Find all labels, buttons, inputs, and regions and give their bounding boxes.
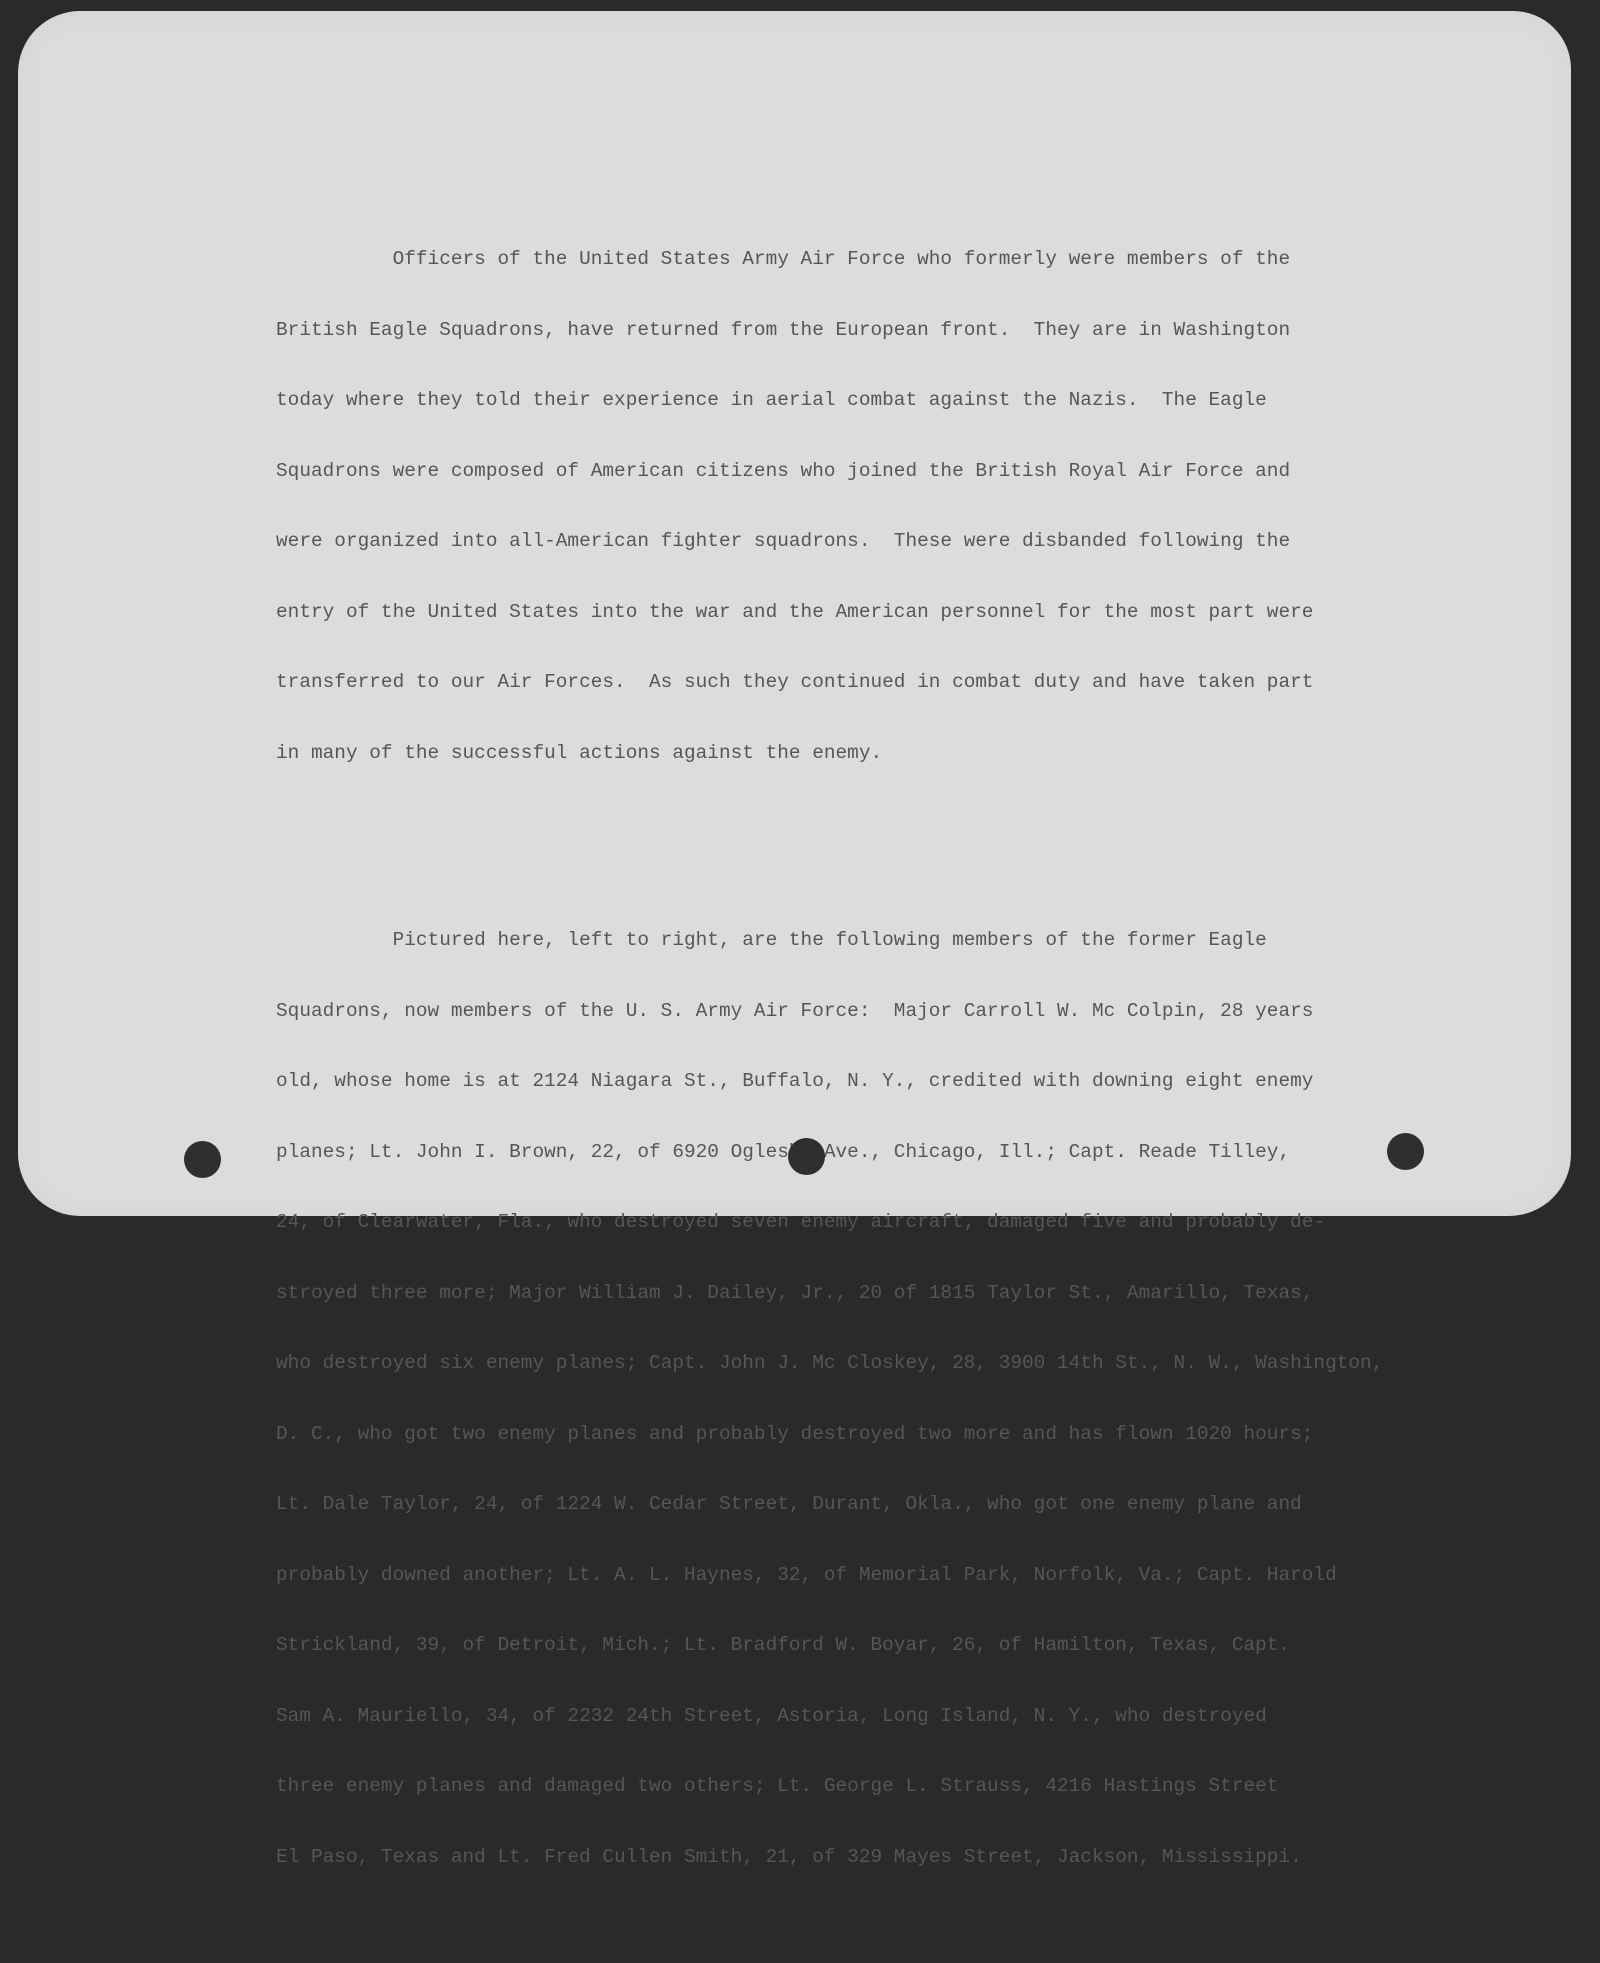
text-line: Officers of the United States Army Air F… bbox=[276, 248, 1383, 272]
text-line: transferred to our Air Forces. As such t… bbox=[276, 671, 1383, 695]
punch-hole-left bbox=[184, 1141, 221, 1178]
text-line: old, whose home is at 2124 Niagara St., … bbox=[276, 1070, 1383, 1094]
caption-card: Officers of the United States Army Air F… bbox=[18, 11, 1571, 1216]
caption-text: Officers of the United States Army Air F… bbox=[276, 154, 1383, 1221]
punch-hole-center bbox=[788, 1138, 825, 1175]
paragraph-pictured-members: Pictured here, left to right, are the fo… bbox=[276, 882, 1383, 1221]
paragraph-intro: Officers of the United States Army Air F… bbox=[276, 201, 1383, 812]
text-line: planes; Lt. John I. Brown, 22, of 6920 O… bbox=[276, 1141, 1383, 1165]
text-line: today where they told their experience i… bbox=[276, 389, 1383, 413]
text-line: in many of the successful actions agains… bbox=[276, 742, 1383, 766]
text-line: Squadrons were composed of American citi… bbox=[276, 460, 1383, 484]
punch-hole-right bbox=[1387, 1133, 1424, 1170]
text-line: Pictured here, left to right, are the fo… bbox=[276, 929, 1383, 953]
text-line: Squadrons, now members of the U. S. Army… bbox=[276, 1000, 1383, 1024]
text-line: entry of the United States into the war … bbox=[276, 601, 1383, 625]
text-line: 24, of Clearwater, Fla., who destroyed s… bbox=[276, 1211, 1383, 1221]
text-line: British Eagle Squadrons, have returned f… bbox=[276, 319, 1383, 343]
text-line: were organized into all-American fighter… bbox=[276, 530, 1383, 554]
